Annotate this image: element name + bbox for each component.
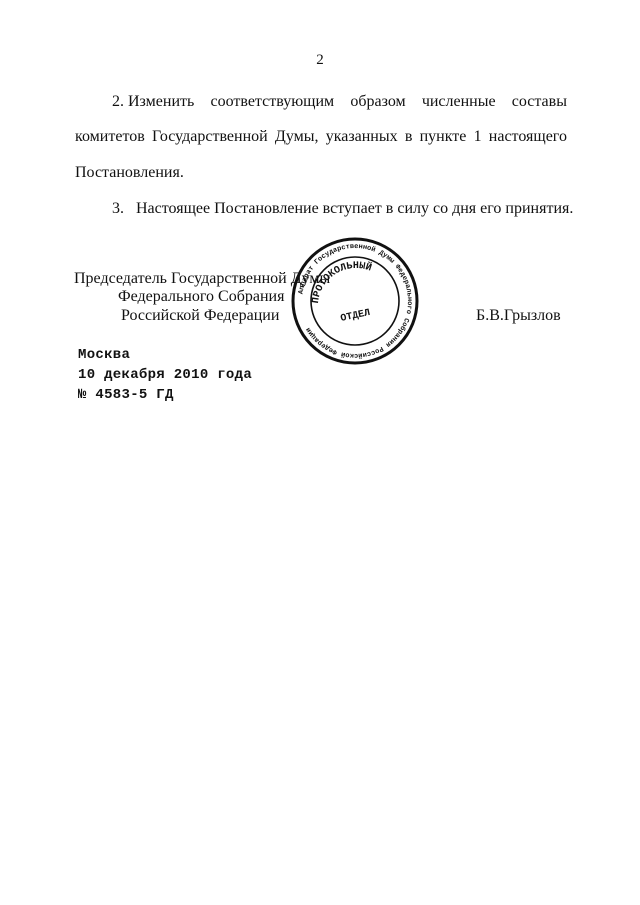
signature-title-line-3: Российской Федерации <box>121 307 279 325</box>
signature-title-line-2: Федерального Собрания <box>118 288 284 306</box>
paragraph-2-line-3: Постановления. <box>75 164 184 182</box>
page-number: 2 <box>0 52 640 69</box>
word: Думы, <box>275 128 319 146</box>
word: настоящего <box>489 128 567 146</box>
paragraph-2-line-2: комитетов Государственной Думы, указанны… <box>75 128 567 146</box>
word: соответствующим <box>210 93 334 111</box>
paragraph-2-line-1: 2. Изменить соответствующим образом числ… <box>112 93 567 111</box>
word: Государственной <box>152 128 268 146</box>
word: указанных <box>326 128 398 146</box>
word: пункте <box>420 128 467 146</box>
stamp-inner-bottom: ОТДЕЛ <box>340 308 372 325</box>
word: образом <box>350 93 405 111</box>
word: численные <box>422 93 496 111</box>
word: составы <box>512 93 567 111</box>
word: 2. Изменить <box>112 93 194 111</box>
paragraph-3: 3. Настоящее Постановление вступает в си… <box>112 200 573 218</box>
official-seal-stamp: Аппарат Государственной Думы Федеральног… <box>290 236 420 366</box>
word: в <box>405 128 413 146</box>
footer-city: Москва <box>78 347 130 363</box>
signatory-name: Б.В.Грызлов <box>476 307 561 325</box>
stamp-inner-top: ПРОТОКОЛЬНЫЙ <box>311 259 374 304</box>
word: 1 <box>474 128 482 146</box>
word: комитетов <box>75 128 145 146</box>
footer-date: 10 декабря 2010 года <box>78 367 252 383</box>
footer-document-number: № 4583-5 ГД <box>78 387 174 403</box>
